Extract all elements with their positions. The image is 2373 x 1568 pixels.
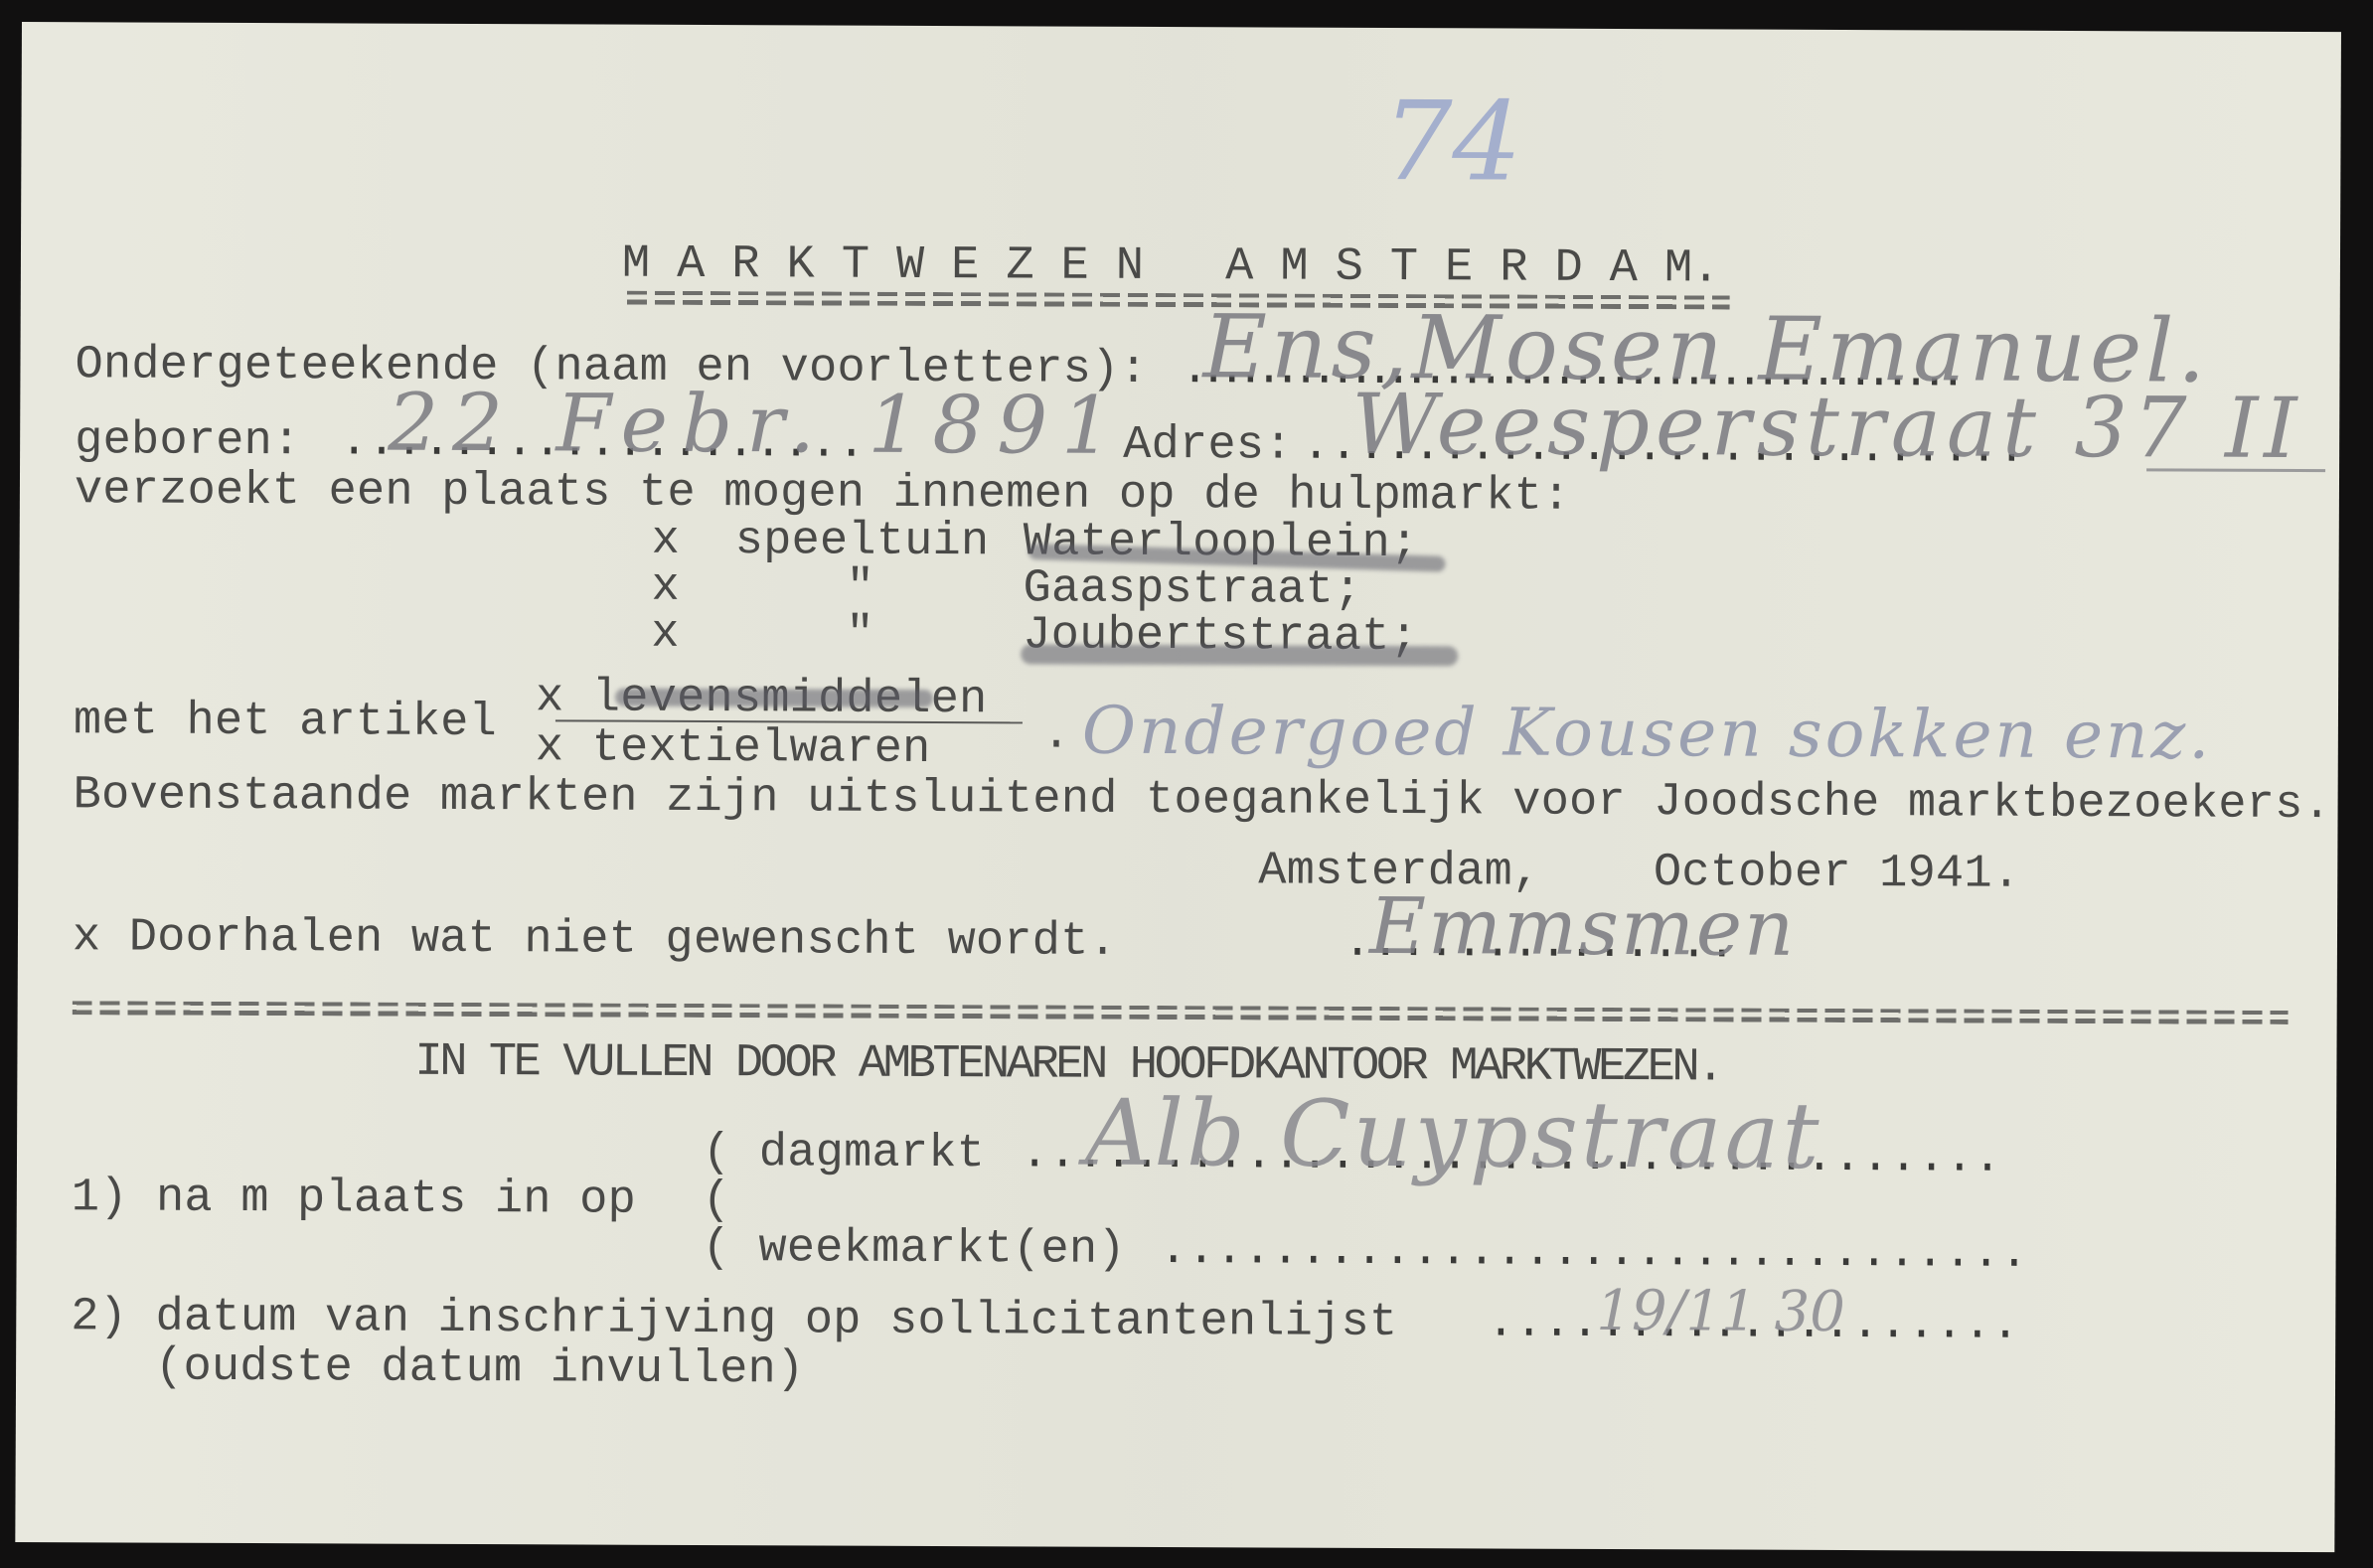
article-handwritten-note[interactable]: Ondergoed Kousen sokken enz. [1082,693,2213,774]
market-type-1: speeltuin [735,518,990,565]
article-food-strike [615,689,933,707]
page-number-annotation: 74 [1382,78,1522,206]
dagmarkt-value[interactable]: Alb Cuypstraat [1085,1080,1822,1189]
market-strike-3 [1021,644,1458,666]
article-dot: . [1042,711,1071,758]
item2-label: 2) datum van inschrijving op sollicitant… [71,1294,1397,1346]
signature[interactable]: Emmsmen [1369,882,1797,974]
item1-label: 1) na m plaats in op [72,1175,636,1223]
item2-value[interactable]: 19/11 30 [1596,1279,1845,1344]
brace-middle: ( [703,1177,731,1224]
market-marker-3[interactable]: x [651,611,680,658]
address-label: Adres: [1123,422,1293,470]
article-label: met het artikel [74,698,497,746]
market-marker-2[interactable]: x [651,564,680,611]
form-card: 74 M A R K T W E Z E N A M S T E R D A M… [15,22,2341,1552]
article-option-textile[interactable]: x textielwaren [536,724,931,773]
born-label: geboren: [75,417,300,465]
dagmarkt-label: ( dagmarkt [703,1130,985,1177]
request-line: verzoekt een plaats te mogen innemen op … [75,467,1571,521]
market-type-2: " [846,565,874,612]
address-field-value[interactable]: Weesperstraat 37 II [1351,376,2303,477]
weekmarkt-label: ( weekmarkt(en) [703,1225,1126,1274]
market-type-3: " [846,612,874,659]
section-separator [73,1001,2289,1024]
weekmarkt-dots: ............................... [1160,1227,2029,1278]
form-title: M A R K T W E Z E N A M S T E R D A M. [622,241,1719,293]
born-field-value[interactable]: 22 Febr. 1891 [388,377,1126,472]
notice-text: Bovenstaande markten zijn uitsluitend to… [74,772,2332,829]
item2-sublabel: (oudste datum invullen) [155,1344,805,1394]
footnote-strike-instruction: x Doorhalen wat niet gewenscht wordt. [73,914,1117,966]
market-marker-1[interactable]: x [652,518,681,564]
market-location-2: Gaaspstraat; [1023,565,1361,613]
